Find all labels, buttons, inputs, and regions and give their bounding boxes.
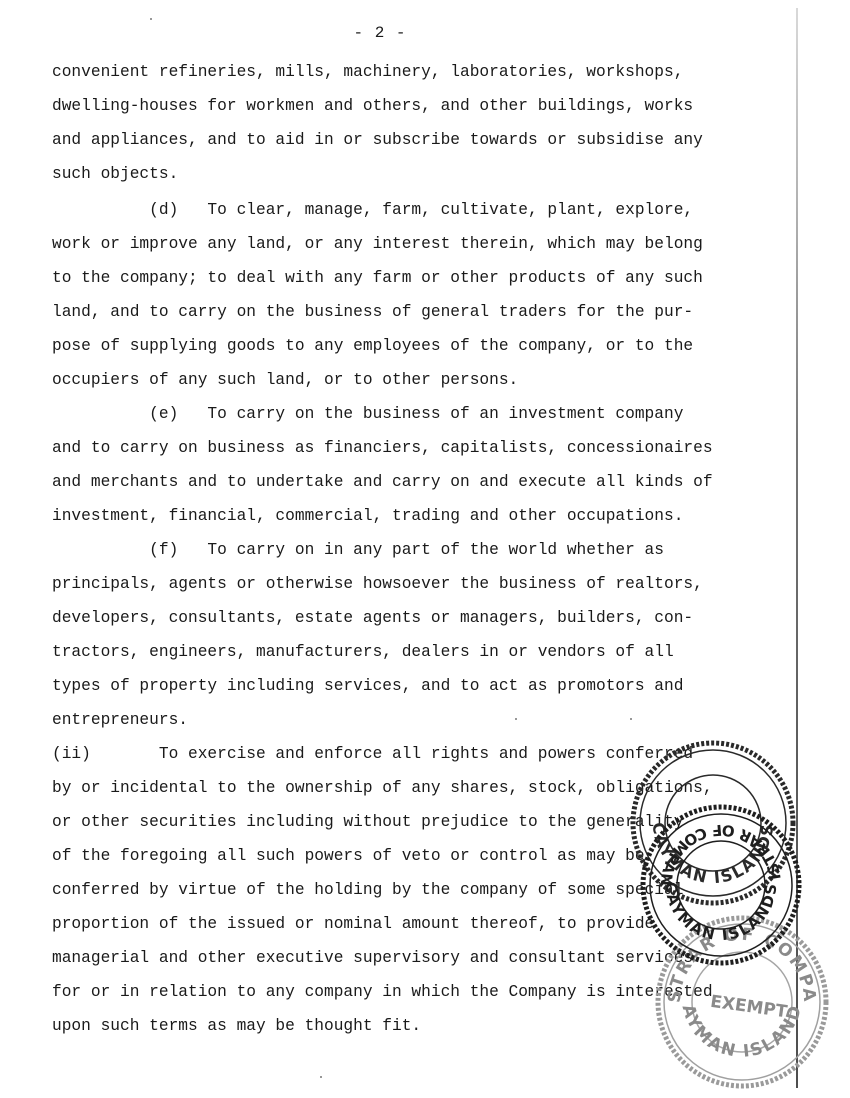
text-line: pose of supplying goods to any employees…	[52, 336, 693, 356]
text-line: (ii) To exercise and enforce all rights …	[52, 744, 693, 764]
text-line: dwelling-houses for workmen and others, …	[52, 96, 693, 116]
text-line: proportion of the issued or nominal amou…	[52, 914, 654, 934]
text-line: (f) To carry on in any part of the world…	[52, 540, 664, 560]
text-line: managerial and other executive superviso…	[52, 948, 693, 968]
text-line: principals, agents or otherwise howsoeve…	[52, 574, 703, 594]
text-line: convenient refineries, mills, machinery,…	[52, 62, 683, 82]
text-line: conferred by virtue of the holding by th…	[52, 880, 683, 900]
text-line: by or incidental to the ownership of any…	[52, 778, 713, 798]
exempt-stamp: REGISTRAR OF COMPANIES EXEMPT CAYMAN ISL…	[652, 912, 832, 1092]
text-line: work or improve any land, or any interes…	[52, 234, 703, 254]
text-line: or other securities including without pr…	[52, 812, 683, 832]
text-line: occupiers of any such land, or to other …	[52, 370, 518, 390]
text-line: such objects.	[52, 164, 178, 184]
exempt-stamp-center-text: EXEMPT	[709, 992, 789, 1023]
text-line: and appliances, and to aid in or subscri…	[52, 130, 703, 150]
scan-speck	[150, 18, 152, 20]
text-line: and to carry on business as financiers, …	[52, 438, 713, 458]
text-line: investment, financial, commercial, tradi…	[52, 506, 683, 526]
text-line: to the company; to deal with any farm or…	[52, 268, 703, 288]
page-number: - 2 -	[0, 24, 760, 42]
text-line: upon such terms as may be thought fit.	[52, 1016, 421, 1036]
text-line: of the foregoing all such powers of veto…	[52, 846, 645, 866]
text-line: entrepreneurs.	[52, 710, 188, 730]
text-line: developers, consultants, estate agents o…	[52, 608, 693, 628]
text-line: types of property including services, an…	[52, 676, 683, 696]
text-line: tractors, engineers, manufacturers, deal…	[52, 642, 674, 662]
scan-speck	[630, 718, 632, 720]
scan-speck	[515, 718, 517, 720]
scan-speck	[320, 1076, 322, 1078]
text-line: for or in relation to any company in whi…	[52, 982, 713, 1002]
text-line: and merchants and to undertake and carry…	[52, 472, 713, 492]
page-edge-line	[796, 8, 798, 1088]
document-page: - 2 - convenient refineries, mills, mach…	[0, 0, 850, 1098]
text-line: (e) To carry on the business of an inves…	[52, 404, 683, 424]
text-line: land, and to carry on the business of ge…	[52, 302, 693, 322]
text-line: (d) To clear, manage, farm, cultivate, p…	[52, 200, 693, 220]
